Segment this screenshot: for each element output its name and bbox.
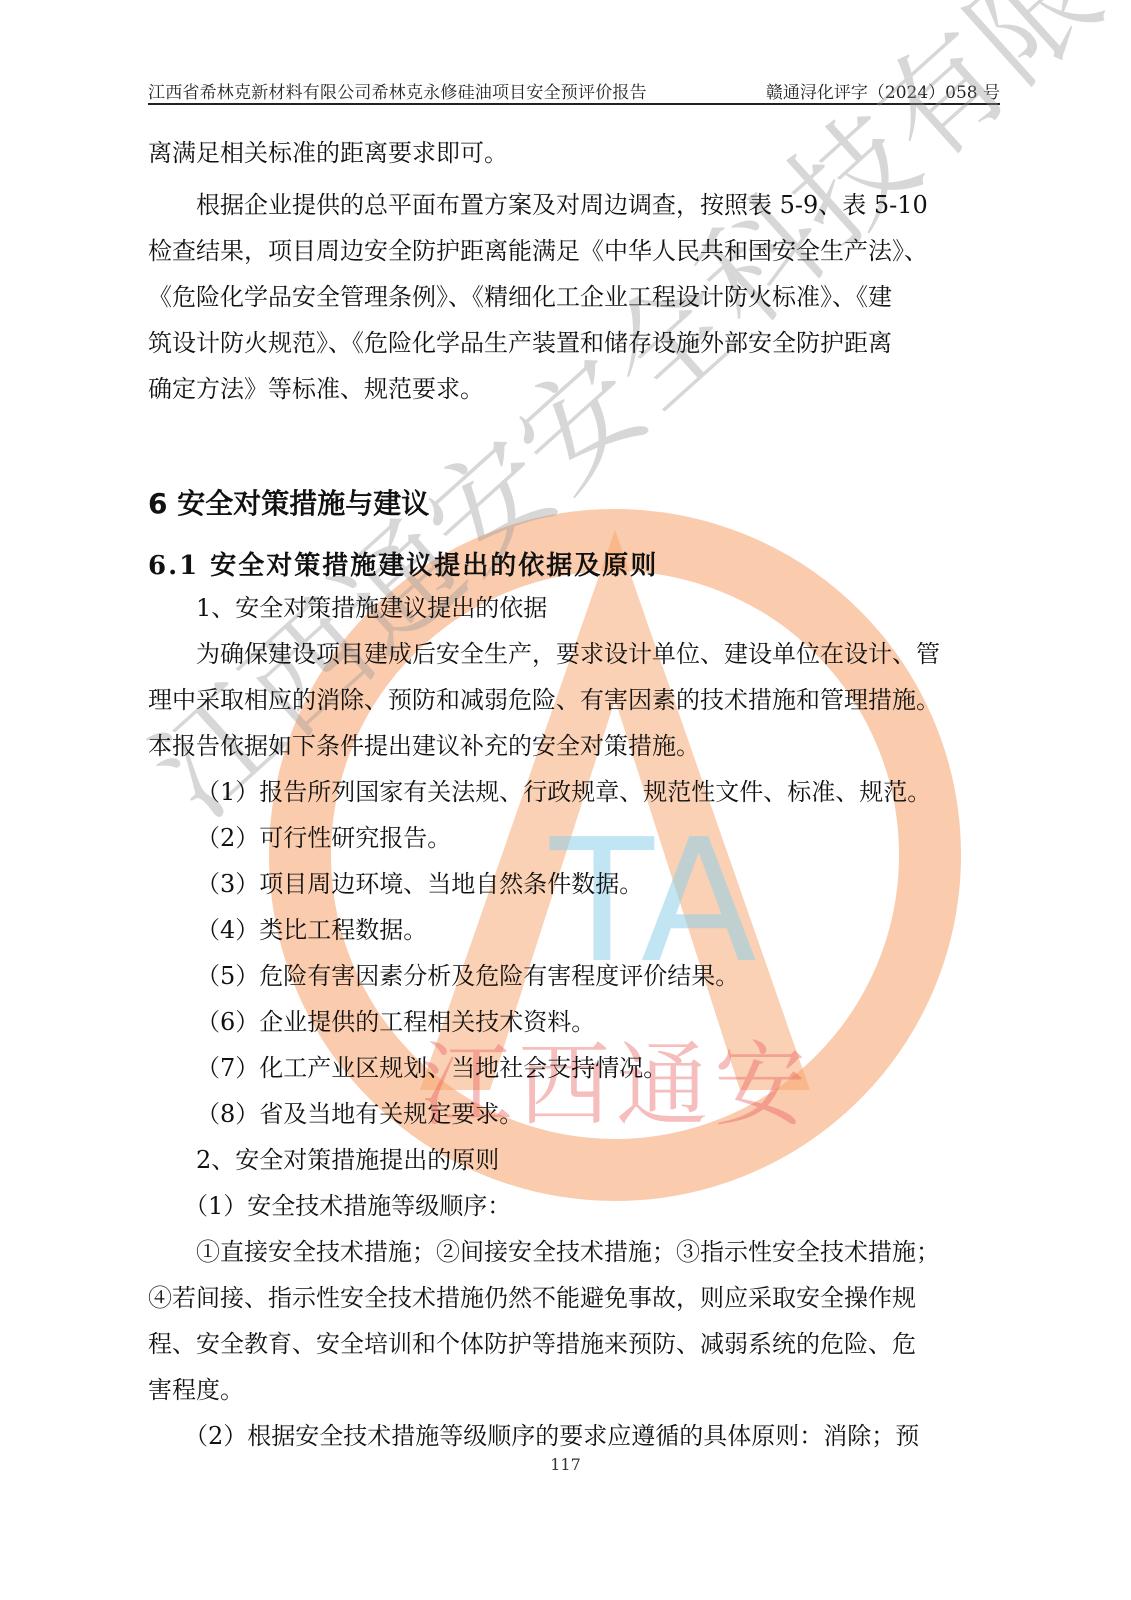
list-item: （6）企业提供的工程相关技术资料。 [196, 999, 1000, 1045]
paragraph-conclusion: 根据企业提供的总平面布置方案及对周边调查，按照表 5-9、表 5-10 检查结果… [148, 182, 1000, 412]
paragraph-basis: 为确保建设项目建成后安全生产，要求设计单位、建设单位在设计、管 理中采取相应的消… [148, 631, 1000, 769]
list-item: （3）项目周边环境、当地自然条件数据。 [196, 861, 1000, 907]
page-number: 117 [0, 1455, 1131, 1474]
principle-2: （2）根据安全技术措施等级顺序的要求应遵循的具体原则：消除；预 [148, 1413, 1000, 1459]
section-heading: 6 安全对策措施与建议 [148, 482, 429, 522]
list-item: （8）省及当地有关规定要求。 [196, 1091, 1000, 1137]
item-2-title: 2、安全对策措施提出的原则 [148, 1137, 1000, 1183]
list-item: （4）类比工程数据。 [196, 907, 1000, 953]
header-divider [148, 103, 1000, 105]
document-page: 江西省希林克新材料有限公司希林克永修硅油项目安全预评价报告 赣通浔化评字（202… [0, 0, 1131, 1600]
page-header: 江西省希林克新材料有限公司希林克永修硅油项目安全预评价报告 赣通浔化评字（202… [148, 76, 1000, 102]
paragraph-continuation: 离满足相关标准的距离要求即可。 [148, 130, 1000, 176]
principle-1-title: （1）安全技术措施等级顺序： [148, 1183, 1000, 1229]
subsection-heading: 6.1 安全对策措施建议提出的依据及原则 [148, 545, 658, 582]
report-title: 江西省希林克新材料有限公司希林克永修硅油项目安全预评价报告 [148, 78, 647, 103]
list-item: （1）报告所列国家有关法规、行政规章、规范性文件、标准、规范。 [196, 769, 1000, 815]
list-item: （2）可行性研究报告。 [196, 815, 1000, 861]
list-item: （7）化工产业区规划、当地社会支持情况。 [196, 1045, 1000, 1091]
item-1-title: 1、安全对策措施建议提出的依据 [148, 585, 1000, 631]
principle-1-body: ①直接安全技术措施；②间接安全技术措施；③指示性安全技术措施； ④若间接、指示性… [148, 1229, 1000, 1413]
document-number: 赣通浔化评字（2024）058 号 [766, 78, 1000, 103]
basis-list: （1）报告所列国家有关法规、行政规章、规范性文件、标准、规范。 （2）可行性研究… [196, 769, 1000, 1137]
list-item: （5）危险有害因素分析及危险有害程度评价结果。 [196, 953, 1000, 999]
